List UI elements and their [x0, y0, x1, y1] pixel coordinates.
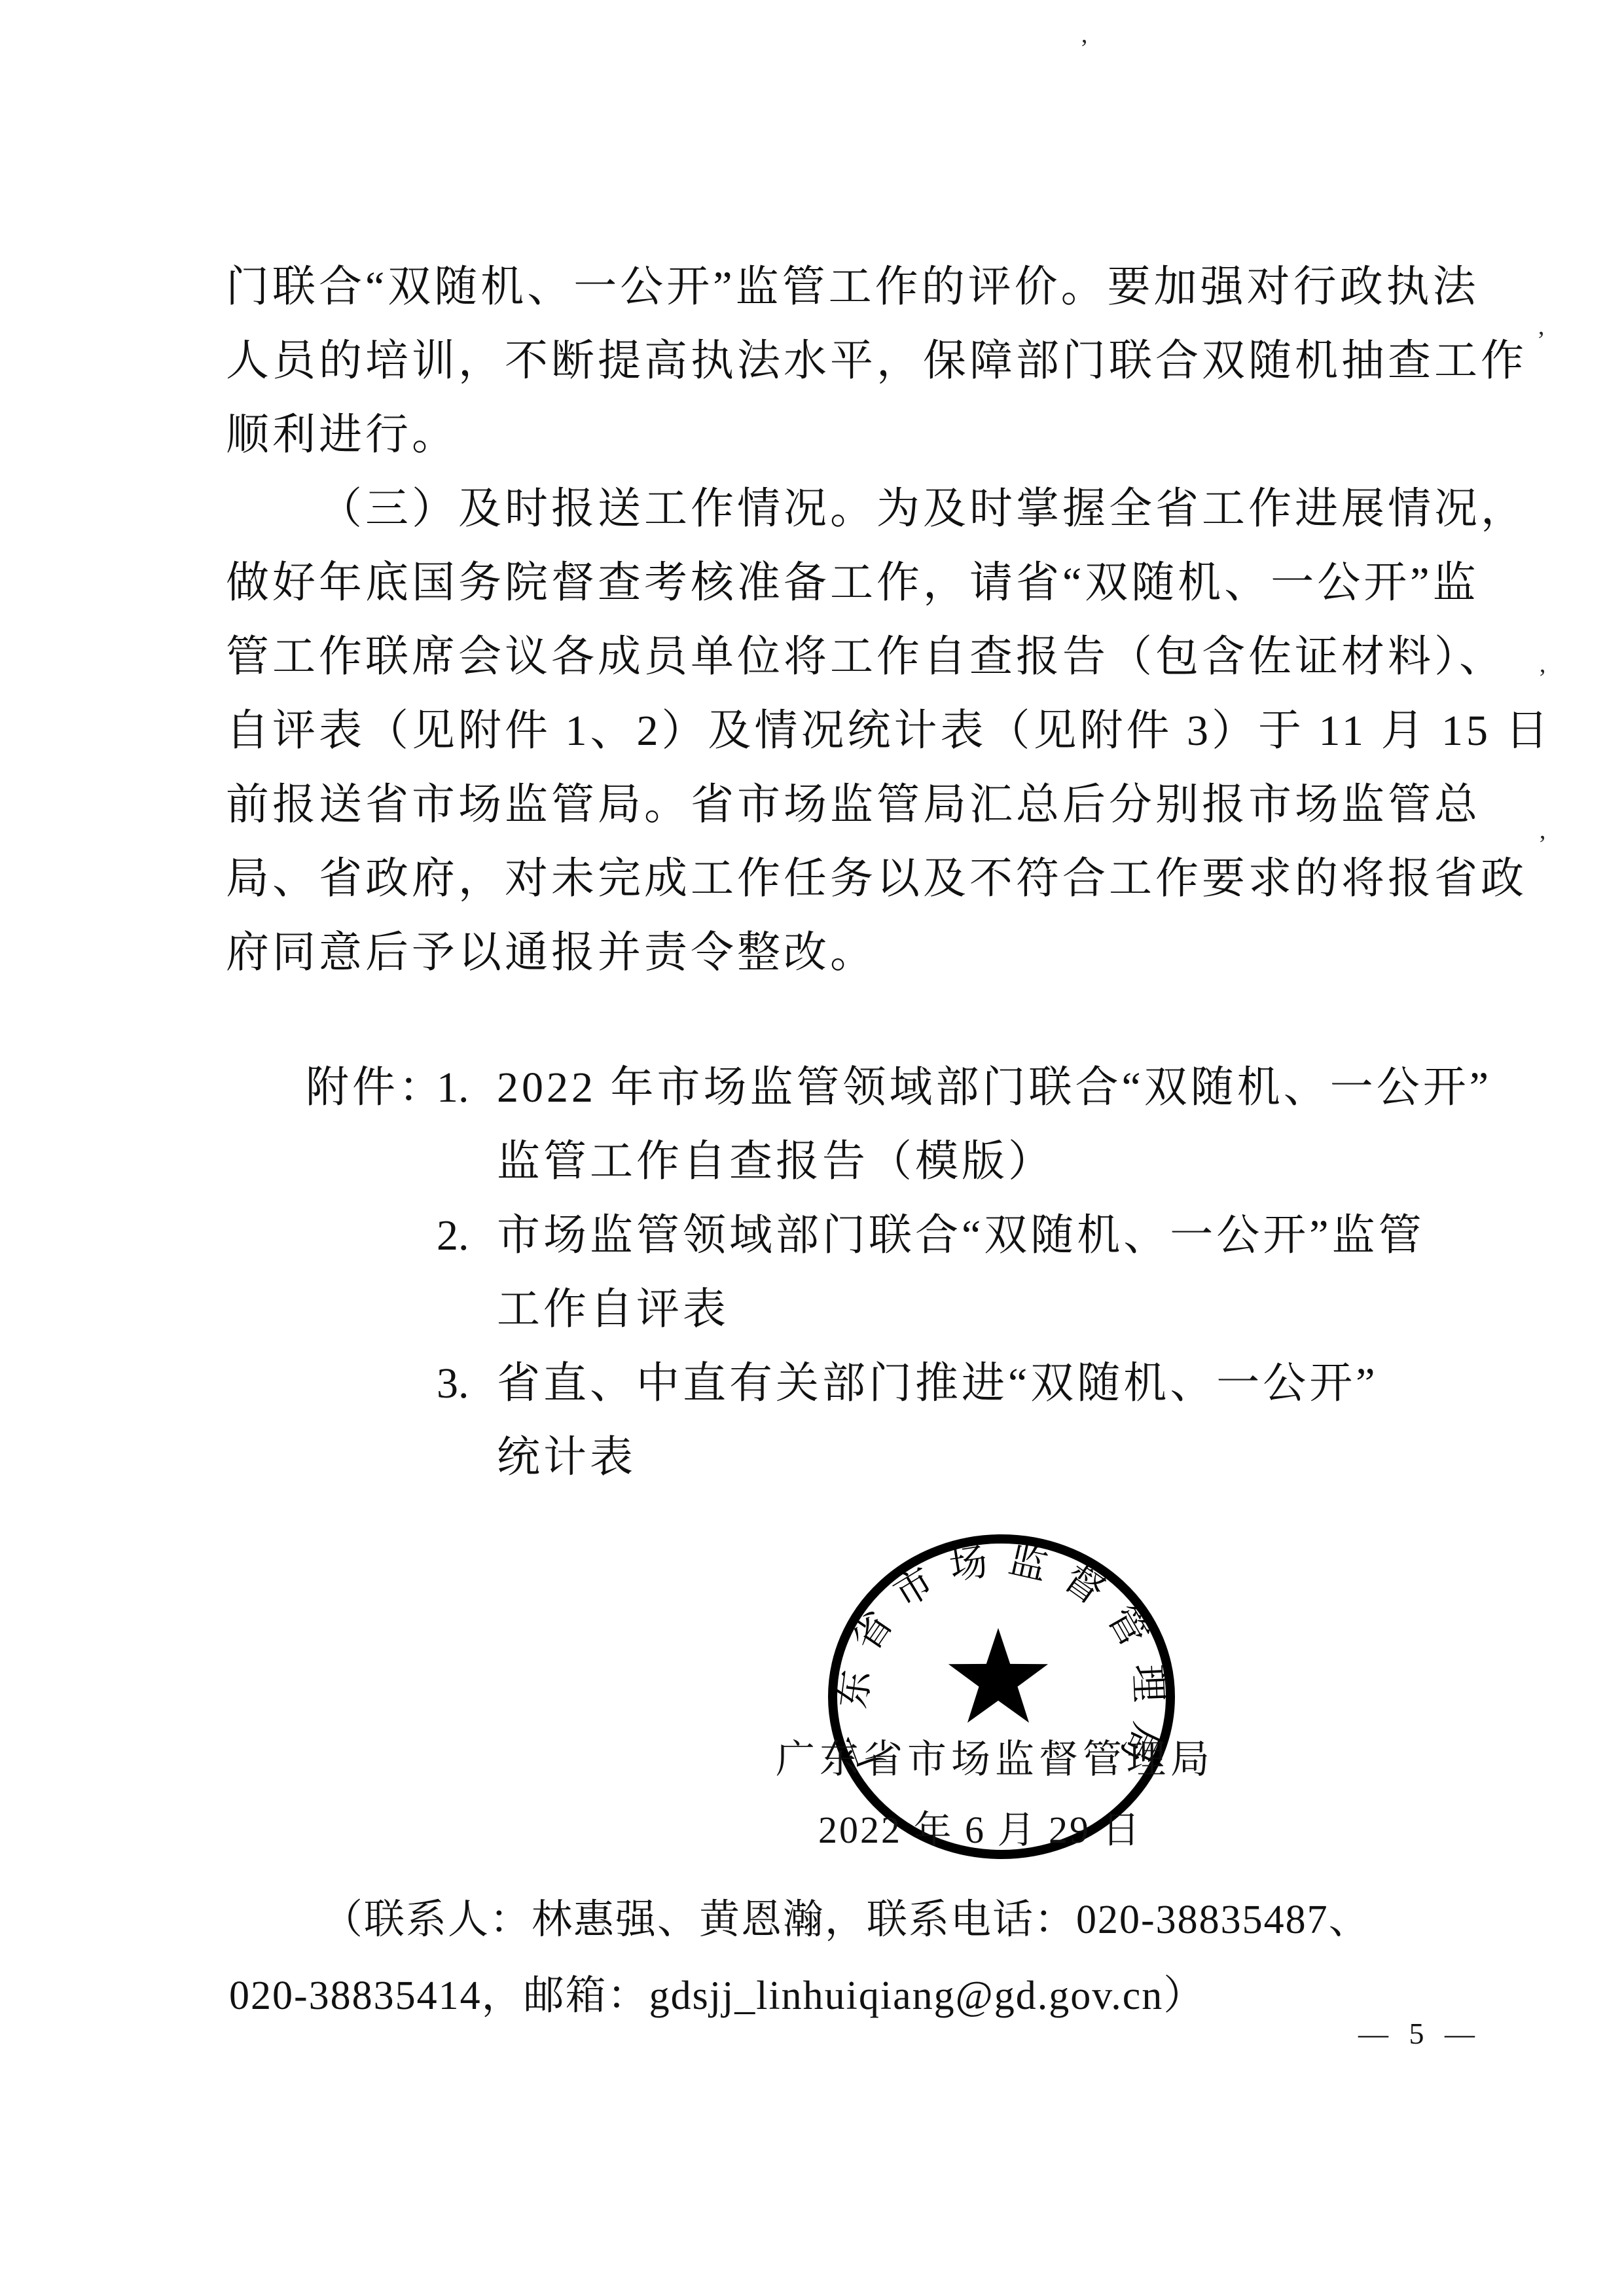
attachment-item-number: 2. [437, 1199, 497, 1273]
attachment-item: 附件：1.2022 年市场监管领域部门联合“双随机、一公开” [226, 1051, 1542, 1125]
attachment-item-text: 监管工作自查报告（模版） [497, 1138, 1055, 1185]
attachment-item-text: 省直、中直有关部门推进“双随机、一公开” [497, 1360, 1379, 1407]
body-text: 门联合“双随机、一公开”监管工作的评价。要加强对行政执法 人员的培训，不断提高执… [226, 250, 1542, 990]
body-line: 做好年底国务院督查考核准备工作，请省“双随机、一公开”监 [226, 546, 1542, 620]
attachment-label: 附件： [226, 1051, 437, 1125]
attachment-item-continuation: 统计表 [226, 1420, 1542, 1494]
attachment-item: 3.省直、中直有关部门推进“双随机、一公开” [226, 1346, 1542, 1420]
attachment-item-text: 统计表 [497, 1434, 636, 1481]
attachment-item: 2.市场监管领域部门联合“双随机、一公开”监管 [226, 1199, 1542, 1273]
attachment-item-text: 2022 年市场监管领域部门联合“双随机、一公开” [497, 1064, 1492, 1111]
document-page: ’ ’ ’ ’ 门联合“双随机、一公开”监管工作的评价。要加强对行政执法 人员的… [0, 0, 1624, 2295]
body-line: 局、省政府，对未完成工作任务以及不符合工作要求的将报省政 [226, 842, 1542, 916]
authority-name: 广东省市场监督管理局 [776, 1728, 1214, 1784]
issue-date: 2022 年 6 月 29 日 [818, 1799, 1142, 1854]
scan-artifact: ’ [1080, 34, 1089, 63]
contact-info-line-2: 020-38835414，邮箱：gdsjj_linhuiqiang@gd.gov… [229, 1962, 1205, 2021]
body-line: 顺利进行。 [226, 398, 1542, 472]
attachment-item-text: 市场监管领域部门联合“双随机、一公开”监管 [497, 1212, 1425, 1259]
attachment-item-number: 1. [437, 1051, 497, 1125]
attachment-item-text: 工作自评表 [497, 1286, 729, 1333]
attachment-item-continuation: 工作自评表 [226, 1273, 1542, 1346]
attachment-item-number: 3. [437, 1346, 497, 1420]
attachment-list: 附件：1.2022 年市场监管领域部门联合“双随机、一公开” 监管工作自查报告（… [226, 1051, 1542, 1494]
body-line: 人员的培训，不断提高执法水平，保障部门联合双随机抽查工作 [226, 324, 1542, 398]
body-line: 前报送省市场监管局。省市场监管局汇总后分别报市场监管总 [226, 768, 1542, 842]
body-line: 门联合“双随机、一公开”监管工作的评价。要加强对行政执法 [226, 250, 1542, 324]
star-icon [948, 1628, 1048, 1723]
attachment-item-continuation: 监管工作自查报告（模版） [226, 1125, 1542, 1199]
body-line: 管工作联席会议各成员单位将工作自查报告（包含佐证材料）、 [226, 620, 1542, 694]
body-line: 府同意后予以通报并责令整改。 [226, 916, 1542, 990]
page-number: — 5 — [1358, 2016, 1481, 2051]
body-line: 自评表（见附件 1、2）及情况统计表（见附件 3）于 11 月 15 日 [226, 694, 1542, 768]
contact-info-line-1: （联系人：林惠强、黄恩瀚，联系电话：020-38835487、 [322, 1887, 1371, 1945]
body-line: （三）及时报送工作情况。为及时掌握全省工作进展情况， [226, 472, 1542, 546]
